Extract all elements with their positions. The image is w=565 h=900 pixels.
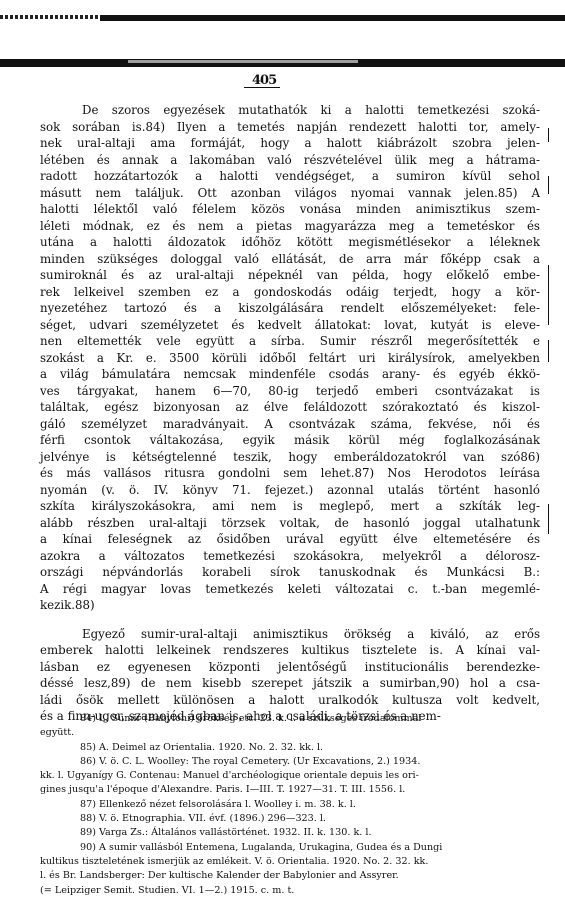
margin-mark [548,340,549,362]
margin-mark [548,504,549,534]
page-header-rule [0,59,565,67]
text-line: szokást a Kr. e. 3500 körüli időből felt… [40,350,540,367]
text-line: országi népvándorlás korabeli sírok tanu… [40,564,540,581]
text-line: gáló személyzet maradványait. A csontváz… [40,416,540,433]
text-line: kezik.88) [40,597,540,614]
footnote-line: együtt. [40,726,540,740]
footnote-line: gines jusqu'a l'époque d'Alexandre. Pari… [40,783,540,797]
footnote-line: l. és Br. Landsberger: Der kultische Kal… [40,869,540,883]
text-line: találtak, egész bizonyosan az élve felál… [40,399,540,416]
text-line: halotti lélektől való félelem közös voná… [40,201,540,218]
text-line: szkíta királyszokásokra, ami nem is megl… [40,498,540,515]
text-line: lásban ez egyenesen központi jelentőségű… [40,659,540,676]
text-line: rek lelkeivel szemben ez a gondoskodás o… [40,284,540,301]
paragraph-1: De szoros egyezések mutathatók ki a halo… [40,102,540,614]
footnote-line: 84) L. Sumir (Babyloni) örökség etc. 23.… [40,712,540,726]
text-line: jelvénye is kétségtelenné teszik, hogy e… [40,449,540,466]
text-line: nek ural-altaji ama formáját, hogy a hal… [40,135,540,152]
page-number: 405 [252,73,276,88]
text-line: nyomán (v. ö. IV. könyv 71. fejezet.) az… [40,482,540,499]
footnote-line: 86) V. ö. C. L. Woolley: The royal Cemet… [40,755,540,769]
margin-mark [548,265,549,325]
text-line: létében és annak a lakomában való részvé… [40,152,540,169]
footnote-line: (= Leipziger Semit. Studien. VI. 1—2.) 1… [40,884,540,898]
page-number-underline [244,87,280,88]
text-line: azokra a változatos temetkezési szokások… [40,548,540,565]
text-line: nyezetéhez tartozó és a kiszolgálására r… [40,300,540,317]
text-line: ves tárgyakat, hanem 6—70, 80-ig terjedő… [40,383,540,400]
scan-edge-bar [100,15,565,21]
text-line: a világ bámulatára nemcsak mindenféle cs… [40,366,540,383]
footnote-line: 87) Ellenkező nézet felsorolására l. Woo… [40,798,540,812]
main-text: De szoros egyezések mutathatók ki a halo… [40,102,540,725]
text-line: férfi csontok váltakozása, egyik másik k… [40,432,540,449]
text-line: minden szükséges dologgal való ellátását… [40,251,540,268]
footnote-line: kultikus tiszteletének ismerjük az emlék… [40,855,540,869]
text-line: és más vallásos ritusra gondolni sem leh… [40,465,540,482]
text-line: De szoros egyezések mutathatók ki a halo… [40,102,540,119]
text-line: emberek halotti lelkeinek rendszeres kul… [40,642,540,659]
text-line: léleti módnak, ez és nem a pietas magyar… [40,218,540,235]
text-line: séget, udvari személyzetet és kedvelt ál… [40,317,540,334]
text-line: alább részben ural-altaji törzsek voltak… [40,515,540,532]
text-line: sok sorában is.84) Ilyen a temetés napjá… [40,119,540,136]
footnote-line: 88) V. ö. Etnographia. VII. évf. (1896.)… [40,812,540,826]
footnote-line: 90) A sumir vallásból Entemena, Lugaland… [40,841,540,855]
footnote-line: kk. l. Ugyanígy G. Contenau: Manuel d'ar… [40,769,540,783]
text-line: nen eltemették vele együtt a sírba. Sumi… [40,333,540,350]
footnotes: 84) L. Sumir (Babyloni) örökség etc. 23.… [40,712,540,898]
text-line: déssé lesz,89) de nem kisebb szerepet já… [40,675,540,692]
text-line: Egyező sumir-ural-altaji animisztikus ör… [40,626,540,643]
scan-edge-dots [0,15,100,19]
text-line: ládi ősök mellett különösen a halott ura… [40,692,540,709]
text-line: radott hozzátartozók a halotti vendégség… [40,168,540,185]
text-line: A régi magyar lovas temetkezés keleti vá… [40,581,540,598]
text-line: másutt nem találjuk. Ott azonban világos… [40,185,540,202]
footnote-line: 89) Varga Zs.: Általános vallástörténet.… [40,826,540,840]
text-line: utána a halotti áldozatok időhöz kötött … [40,234,540,251]
margin-mark [548,176,549,194]
footnote-line: 85) A. Deimel az Orientalia. 1920. No. 2… [40,741,540,755]
paragraph-2: Egyező sumir-ural-altaji animisztikus ör… [40,626,540,725]
text-line: a kínai feleségnek az ősidőben urával eg… [40,531,540,548]
text-line: sumiroknál és az ural-altaji népeknél va… [40,267,540,284]
margin-mark [548,128,549,142]
